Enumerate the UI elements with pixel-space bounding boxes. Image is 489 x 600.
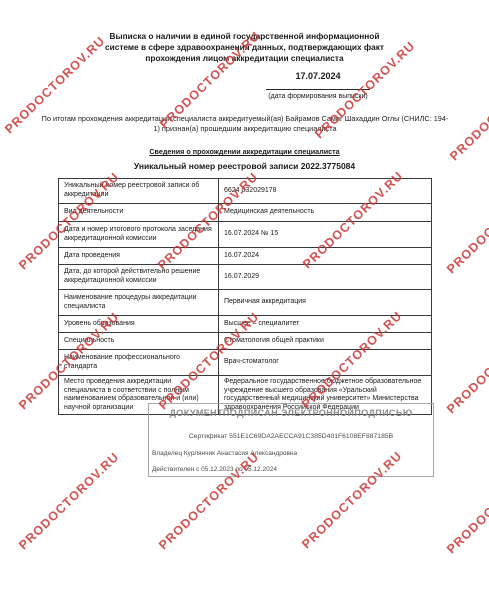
certificate-line: Сертификат 551E1C69DA2AECCA91C385D401F61… (149, 433, 433, 440)
row-label: Специальность (59, 333, 219, 350)
row-value: Первичная аккредитация (219, 290, 432, 316)
row-value: Врач-стоматолог (219, 350, 432, 376)
row-value: 16.07.2029 (219, 265, 432, 290)
row-label: Уровень образования (59, 316, 219, 333)
row-value: 16.07.2024 (219, 248, 432, 265)
table-row: Наименование профессионального стандарта… (59, 350, 432, 376)
row-label: Вид деятельности (59, 204, 219, 222)
section-heading: Сведения о прохождении аккредитации спец… (0, 147, 489, 156)
signature-stamp-title: ДОКУМЕНТПОДПИСАН ЭЛЕКТРОННОЙПОДПИСЬЮ (149, 408, 433, 418)
watermark: PRODOCTOROV.RU (444, 174, 489, 277)
row-value: Стоматология общей практики (219, 333, 432, 350)
formation-date-caption: (дата формирования выписки) (266, 90, 370, 100)
row-value: Высшее – специалитет (219, 316, 432, 333)
table-row: Уникальный номер реестровой записи об ак… (59, 179, 432, 204)
row-label: Наименование профессионального стандарта (59, 350, 219, 376)
row-value: 6624 032029178 (219, 179, 432, 204)
table-row: Уровень образованияВысшее – специалитет (59, 316, 432, 333)
certificate-validity: Действителен с 05.12.2023 по 05.12.2024 (152, 466, 277, 473)
document-page: Выписка о наличии в единой государственн… (0, 0, 489, 600)
intro-paragraph: По итогам прохождения аккредитации специ… (25, 114, 465, 134)
intro-line-2: 1) признан(а) прошедшим аккредитацию спе… (25, 124, 465, 134)
table-row: Дата, до которой действительно решение а… (59, 265, 432, 290)
formation-date-block: 17.07.2024 (дата формирования выписки) (266, 71, 370, 100)
row-label: Дата проведения (59, 248, 219, 265)
formation-date: 17.07.2024 (266, 71, 370, 90)
document-title-line-3: прохождения лицом аккредитации специалис… (0, 53, 489, 64)
intro-line-1: По итогам прохождения аккредитации специ… (25, 114, 465, 124)
table-row: Дата и номер итогового протокола заседан… (59, 222, 432, 248)
table-row: Наименование процедуры аккредитации спец… (59, 290, 432, 316)
row-label: Дата, до которой действительно решение а… (59, 265, 219, 290)
row-label: Дата и номер итогового протокола заседан… (59, 222, 219, 248)
document-title-line-1: Выписка о наличии в единой государственн… (0, 31, 489, 42)
row-value: 16.07.2024 № 15 (219, 222, 432, 248)
table-row: СпециальностьСтоматология общей практики (59, 333, 432, 350)
watermark: PRODOCTOROV.RU (444, 454, 489, 557)
accreditation-table-body: Уникальный номер реестровой записи об ак… (59, 179, 432, 415)
row-label: Наименование процедуры аккредитации спец… (59, 290, 219, 316)
watermark: PRODOCTOROV.RU (444, 314, 489, 417)
table-row: Вид деятельностиМедицинская деятельность (59, 204, 432, 222)
row-label: Уникальный номер реестровой записи об ак… (59, 179, 219, 204)
certificate-owner: Владелец Курлянчик Анастасия Александров… (152, 450, 297, 457)
document-title: Выписка о наличии в единой государственн… (0, 31, 489, 64)
table-row: Дата проведения16.07.2024 (59, 248, 432, 265)
watermark: PRODOCTOROV.RU (16, 450, 122, 553)
row-value: Медицинская деятельность (219, 204, 432, 222)
signature-box: ДОКУМЕНТПОДПИСАН ЭЛЕКТРОННОЙПОДПИСЬЮ Сер… (148, 403, 434, 477)
document-title-line-2: системе в сфере здравоохранения данных, … (0, 42, 489, 53)
registry-number-heading: Уникальный номер реестровой записи 2022.… (0, 161, 489, 171)
accreditation-table: Уникальный номер реестровой записи об ак… (58, 178, 432, 415)
